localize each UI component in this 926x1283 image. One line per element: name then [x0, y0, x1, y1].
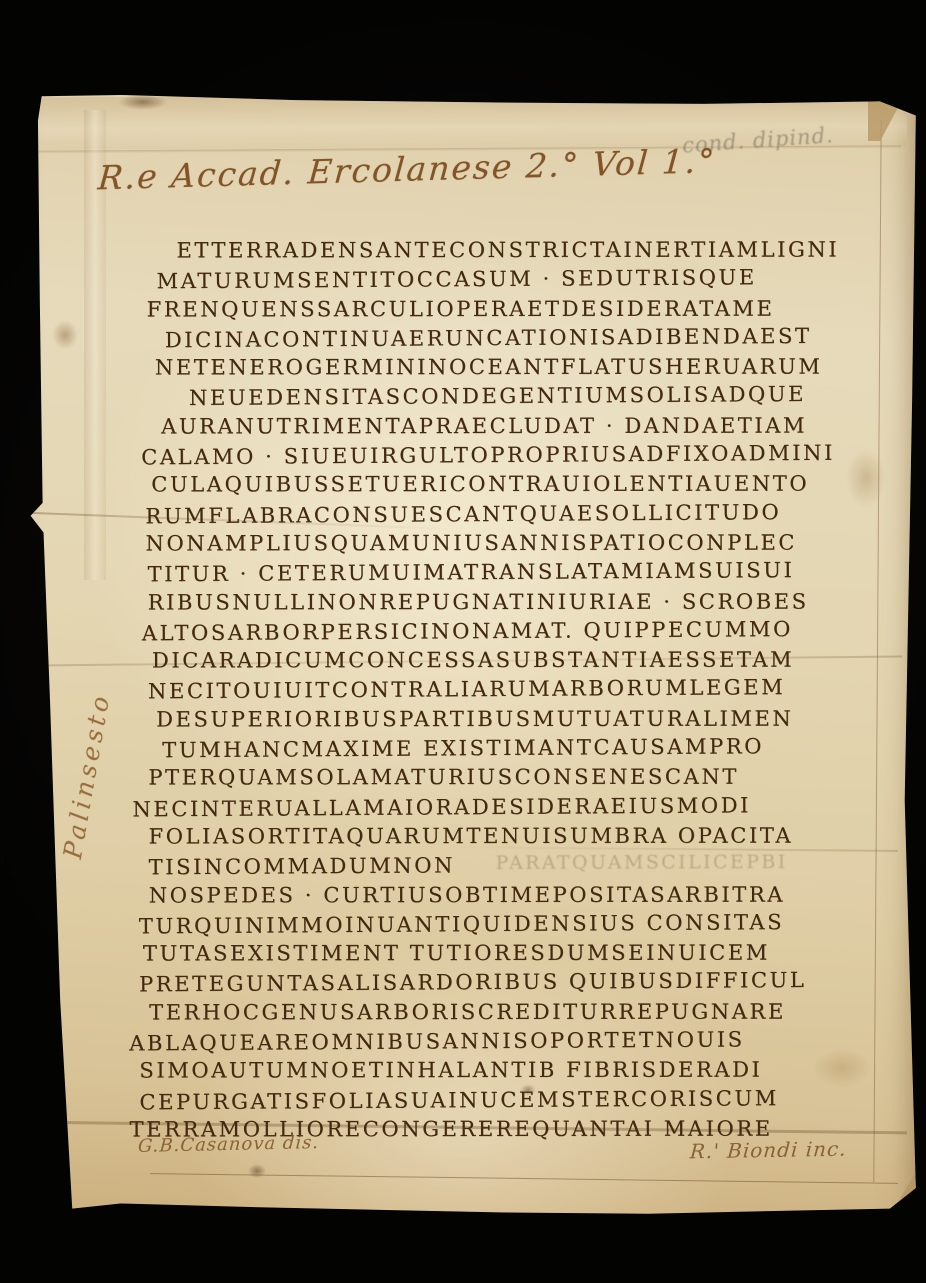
stain — [248, 1164, 266, 1178]
manuscript-line: TURQUINIMMOINUANTIQUIDENSIUS CONSITAS — [127, 907, 875, 941]
manuscript-line: DESUPERIORIBUSPARTIBUSMUTUATURALIMEN — [126, 704, 874, 734]
manuscript-line: NECINTERUALLAMAIORADESIDERAEIUSMODI — [126, 790, 874, 824]
manuscript-line: RIBUSNULLINONREPUGNATINIURIAE · SCROBES — [126, 587, 874, 617]
manuscript-lines: ETTERRADENSANTECONSTRICTAINERTIAMLIGNIMA… — [124, 235, 875, 1146]
manuscript-line: CALAMO · SIUEUIRGULTOPROPRIUSADFIXOADMIN… — [125, 439, 873, 473]
credit-engraver: R.' Biondi inc. — [689, 1137, 847, 1164]
ghost-offset-text: PARATQUAMSCILICEPBI — [496, 851, 788, 874]
manuscript-line: CEPURGATISFOLIASUAINUCEMSTERCORISCUM — [127, 1083, 875, 1117]
manuscript-line: SIMOAUTUMNOETINHALANTIB FIBRISDERADI — [127, 1056, 875, 1086]
photo-stage: cond. dipind. R.e Accad. Ercolanese 2.° … — [0, 0, 926, 1283]
credit-draughtsman: G.B.Casanova dis. — [137, 1132, 320, 1157]
manuscript-line: ABLAQUEAREOMNIBUSANNISOPORTETNOUIS — [127, 1025, 875, 1059]
manuscript-line: NOSPEDES · CURTIUSOBTIMEPOSITASARBITRA — [127, 880, 875, 910]
dogear-fold-bottom-right — [886, 1168, 920, 1202]
manuscript-line: NEUEDENSITASCONDEGENTIUMSOLISADQUE — [125, 380, 873, 414]
plate-border-bottom — [150, 1173, 898, 1184]
manuscript-line: TUMHANCMAXIME EXISTIMANTCAUSAMPRO — [126, 732, 874, 766]
manuscript-line: ALTOSARBORPERSICINONAMAT. QUIPPECUMMO — [126, 614, 874, 648]
manuscript-line: CULAQUIBUSSETUERICONTRAUIOLENTIAUENTO — [125, 470, 873, 500]
parchment-sheet: cond. dipind. R.e Accad. Ercolanese 2.° … — [0, 0, 926, 1283]
manuscript-line: FOLIASORTITAQUARUMTENUISUMBRA OPACITA — [126, 821, 874, 851]
manuscript-line: PRETEGUNTASALISARDORIBUS QUIBUSDIFFICUL — [127, 966, 875, 1000]
stain — [118, 94, 168, 110]
manuscript-line: MATURUMSENTITOCCASUM · SEDUTRISQUE — [124, 263, 872, 297]
manuscript-line: NETENEROGERMININOCEANTFLATUSHERUARUM — [125, 353, 873, 383]
manuscript-line: ETTERRADENSANTECONSTRICTAINERTIAMLIGNI — [124, 235, 872, 265]
manuscript-line: TERHOCGENUSARBORISCREDITURREPUGNARE — [127, 997, 875, 1027]
manuscript-line: TITUR · CETERUMUIMATRANSLATAMIAMSUISUI — [126, 556, 874, 590]
manuscript-line: PTERQUAMSOLAMATURIUSCONSENESCANT — [126, 763, 874, 793]
manuscript-line: AURANUTRIMENTAPRAECLUDAT · DANDAETIAM — [125, 411, 873, 441]
manuscript-line: RUMFLABRACONSUESCANTQUAESOLLICITUDO — [125, 497, 873, 531]
manuscript-line: DICINACONTINUAERUNCATIONISADIBENDAEST — [125, 321, 873, 355]
manuscript-line: TUTASEXISTIMENT TUTIORESDUMSEINUICEM — [127, 939, 875, 969]
manuscript-line: DICARADICUMCONCESSASUBSTANTIAESSETAM — [126, 646, 874, 676]
stain — [52, 320, 78, 350]
header-inscription: R.e Accad. Ercolanese 2.° Vol 1.° — [97, 142, 700, 198]
manuscript-line: NONAMPLIUSQUAMUNIUSANNISPATIOCONPLEC — [125, 528, 873, 558]
manuscript-line: FRENQUENSSARCULIOPERAETDESIDERATAME — [125, 294, 873, 324]
manuscript-line: NECITOUIUITCONTRALIARUMARBORUMLEGEM — [126, 673, 874, 707]
manuscript-text-block: ETTERRADENSANTECONSTRICTAINERTIAMLIGNIMA… — [124, 235, 875, 1146]
